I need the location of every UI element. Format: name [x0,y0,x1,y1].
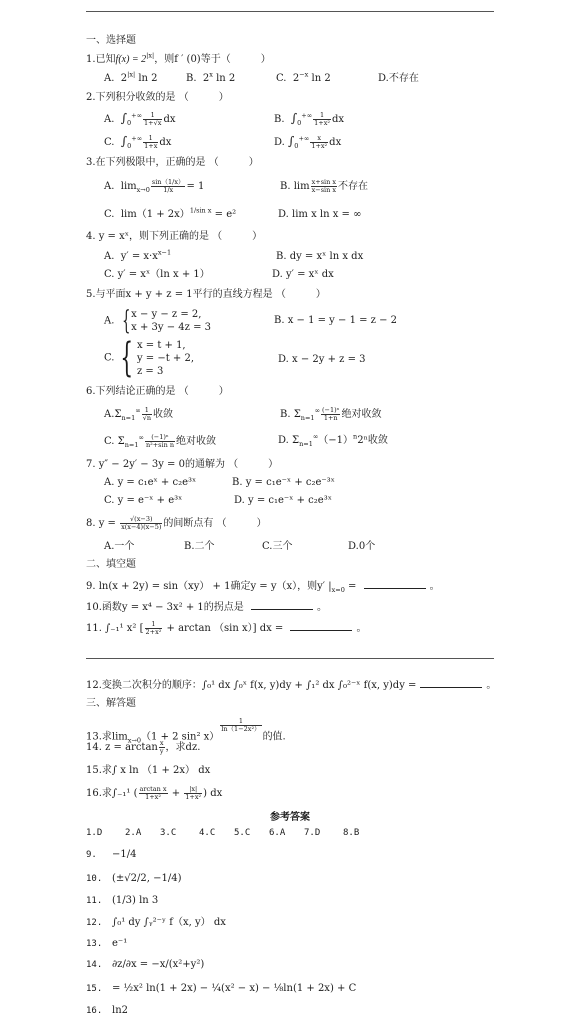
answer-11-label: 11. [86,894,102,908]
q2-option-d: D. ∫0+∞x1+x²dx [274,134,341,150]
answer-choice-4: 4.C [199,826,215,840]
question-7: 7. y″ − 2y′ − 3y = 0的通解为 （ ） [86,458,278,472]
q7-option-b: B. y = c₁e⁻ˣ + c₂e⁻³ˣ [232,476,335,490]
q6-option-c: C. Σn=1∞(−1)ⁿn²+sin n绝对收敛 [104,434,216,449]
answer-15-value: = ½x² ln(1 + 2x) − ¼(x² − x) − ⅛ln(1 + 2… [112,982,356,996]
answer-13-value: e⁻¹ [112,937,127,951]
question-9: 9. ln(x + 2y) = sin（xy） + 1确定y = y（x），则y… [86,578,440,594]
question-6: 6.下列结论正确的是 （ ） [86,385,229,399]
q4-option-c: C. y′ = xˣ（ln x + 1） [104,268,210,282]
question-3: 3.在下列极限中，正确的是 （ ） [86,156,259,170]
question-1: 1.已知f(x) = 2|x|，则f ′ (0)等于（ ） [86,53,271,67]
q2-option-b: B. ∫0+∞11+x²dx [274,111,344,127]
q7-option-a: A. y = c₁eˣ + c₂e³ˣ [104,476,196,490]
q8-option-b: B.二个 [184,540,215,554]
q8-stem: 8. y = [86,518,119,529]
q2-option-c: C. ∫0+∞11+xdx [104,134,171,150]
q1-option-b: B. 2x ln 2 [186,72,235,86]
answer-13-label: 13. [86,937,102,951]
answer-choice-1: 1.D [86,826,102,840]
q8-stem-post: 的间断点有 （ ） [163,518,266,529]
question-4: 4. y = xˣ，则下列正确的是 （ ） [86,230,262,244]
q2-option-a: A. ∫0+∞11+√xdx [104,111,175,127]
q10-answer-blank[interactable] [251,599,313,610]
q1-stem-post: ，则f ′ (0)等于（ ） [154,54,271,65]
q8-option-a: A.一个 [104,540,134,554]
q11-answer-blank[interactable] [290,620,352,631]
question-16: 16.求∫₋₁¹ (arctan x1+x² + |x|1+x²) dx [86,786,222,801]
q1-math: f(x) = 2 [116,54,147,65]
q1-stem: 1.已知 [86,54,116,65]
section-solve-heading: 三、解答题 [86,697,136,711]
answer-14-label: 14. [86,958,102,972]
answer-10-label: 10. [86,872,102,886]
section-fill-heading: 二、填空题 [86,558,136,572]
answer-choice-3: 3.C [160,826,176,840]
q8-option-c: C.三个 [262,540,292,554]
question-5: 5.与平面x + y + z = 1平行的直线方程是 （ ） [86,288,326,302]
q7-option-c: C. y = e⁻ˣ + e³ˣ [104,494,182,508]
q5-option-a: A. {x − y − z = 2,x + 3y − 4z = 3 [104,308,211,334]
question-15: 15.求∫ x ln （1 + 2x） dx [86,764,210,778]
answer-choice-2: 2.A [125,826,141,840]
question-8: 8. y = √(x−3)x(x−4)(x−5)的间断点有 （ ） [86,516,267,531]
q4-option-d: D. y′ = xˣ dx [272,268,334,282]
answer-choice-7: 7.D [304,826,320,840]
question-11: 11. ∫₋₁¹ x² [12+x² + arctan （sin x）] dx … [86,620,366,636]
q5-option-d: D. x − 2y + z = 3 [278,353,366,367]
q5-option-c: C.{x = t + 1,y = −t + 2,z = 3 [104,338,194,378]
answer-14-value: ∂z/∂x = −x/(x²+y²) [112,958,204,972]
question-12: 12.变换二次积分的顺序：∫₀¹ dx ∫₀ˣ f(x, y)dy + ∫₁² … [86,677,496,693]
question-10: 10.函数y = x⁴ − 3x² + 1的拐点是 。 [86,599,327,615]
q5-option-b: B. x − 1 = y − 1 = z − 2 [274,314,397,328]
answer-9-value: −1/4 [112,848,136,862]
answer-choice-6: 6.A [269,826,285,840]
q3-option-b: B. limx+sin xx−sin x不存在 [280,179,368,194]
answer-12-value: ∫₀¹ dy ∫ᵧ²⁻ʸ f（x, y） dx [112,916,226,930]
q8-option-d: D.0个 [348,540,375,554]
top-rule [86,11,494,12]
q3-option-c: C. lim（1 + 2x）1/sin x = e² [104,208,236,222]
q3-option-d: D. lim x ln x = ∞ [278,208,361,222]
q6-option-d: D. Σn=1∞（−1）n2ⁿ收敛 [278,434,388,448]
q6-option-a: A.Σn=1∞1√n收敛 [104,407,173,422]
question-14: 14. z = arctanxy，求dz. [86,740,200,755]
page-break-rule [86,658,494,659]
q1-option-d: D.不存在 [378,72,419,86]
q7-option-d: D. y = c₁e⁻ˣ + c₂e³ˣ [234,494,332,508]
answer-16-value: ln2 [112,1004,128,1018]
q1-option-c: C. 2−x ln 2 [276,72,331,86]
q1-exp: |x| [146,52,154,60]
answer-16-label: 16. [86,1004,102,1018]
question-2: 2.下列积分收敛的是 （ ） [86,91,229,105]
q9-answer-blank[interactable] [364,578,426,589]
answer-12-label: 12. [86,916,102,930]
answer-choice-5: 5.C [234,826,250,840]
q1-option-a: A. 2|x| ln 2 [104,72,158,86]
q6-option-b: B. Σn=1∞(−1)ⁿ1+n绝对收敛 [280,407,381,422]
answer-15-label: 15. [86,982,102,996]
q4-option-a: A. y′ = x·xx−1 [104,250,171,264]
q12-answer-blank[interactable] [420,677,482,688]
answer-11-value: (1/3) ln 3 [112,894,158,908]
answer-10-value: (±√2/2, −1/4) [112,872,181,886]
answer-key-title: 参考答案 [0,808,580,823]
section-choice-heading: 一、选择题 [86,34,136,48]
answer-9-label: 9. [86,848,97,862]
q4-option-b: B. dy = xˣ ln x dx [276,250,363,264]
q3-option-a: A. limx→0sin（1/x）1/x= 1 [104,179,204,194]
q8-fraction: √(x−3)x(x−4)(x−5) [120,516,162,531]
answer-choice-8: 8.B [343,826,359,840]
